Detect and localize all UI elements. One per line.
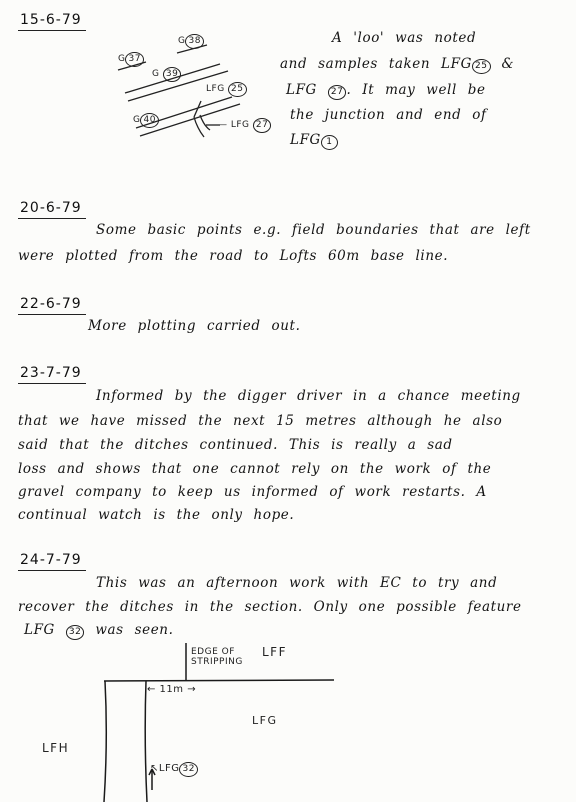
plan-label-lfg: LFG <box>252 714 277 727</box>
plan-label-edge-of-stripping: EDGE OFSTRIPPING <box>191 647 243 667</box>
section-plan-sketch <box>0 0 576 802</box>
plan-label-lfh: LFH <box>42 741 69 755</box>
plan-label-width: ← 11m → <box>147 684 196 695</box>
plan-label-feature-lfg32: ↖LFG32 <box>150 762 198 777</box>
plan-label-lff: LFF <box>262 645 287 659</box>
notebook-page: 15-6-79 G37 G38 G 39 G40 LFG 25 — LFG 27… <box>0 0 576 802</box>
